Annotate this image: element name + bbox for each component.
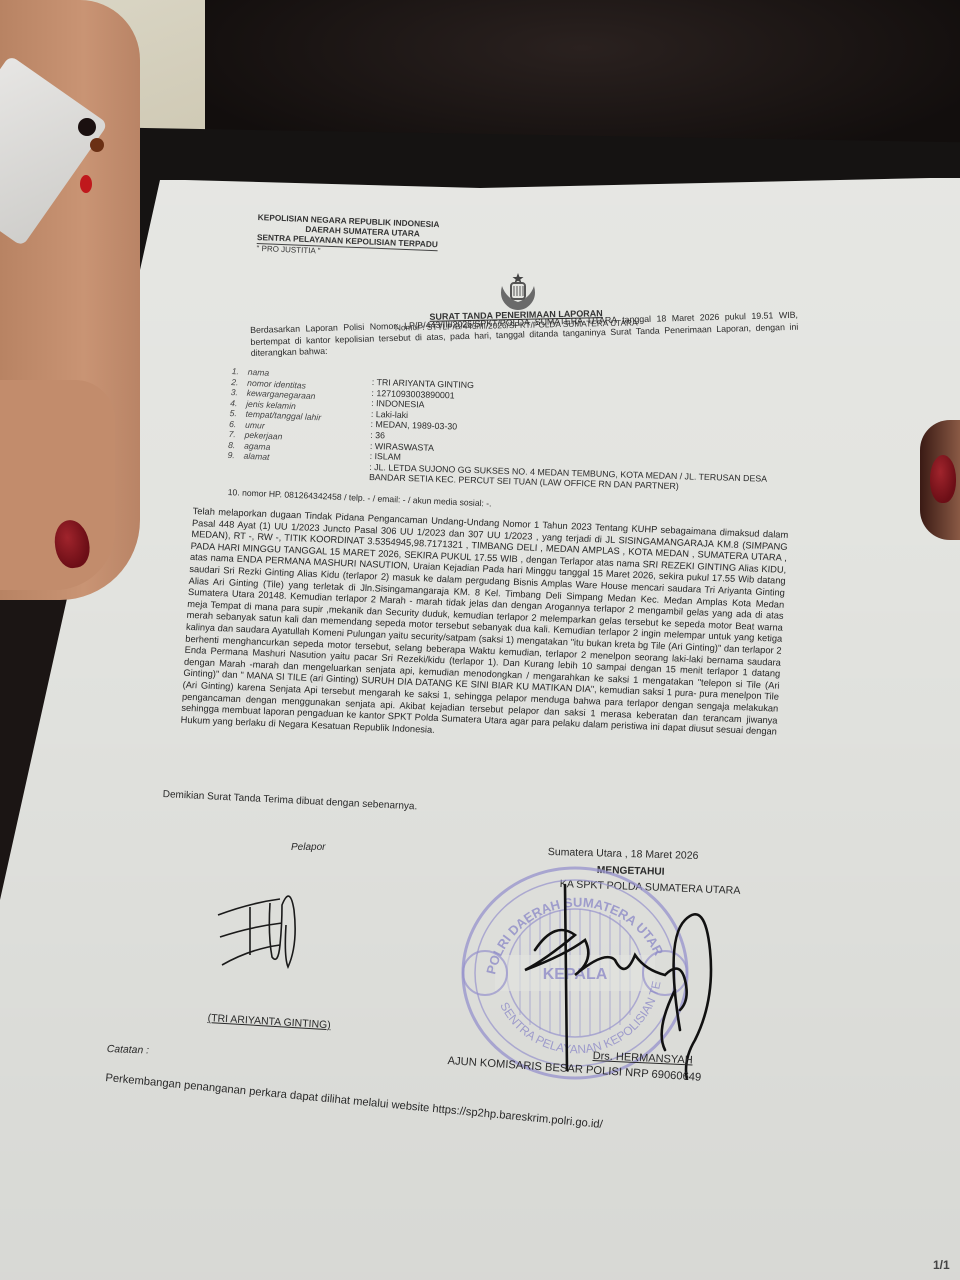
reporter-field-values: : TRI ARIYANTA GINTING: 1271093003890001… [369, 377, 792, 495]
field-number: 7. [228, 429, 244, 440]
field-number: 3. [230, 387, 246, 398]
reporter-signature [210, 885, 320, 985]
field-label: nama [247, 367, 269, 378]
field-number: 8. [228, 439, 244, 450]
official-signature [505, 880, 735, 1080]
bracelet-bead [78, 118, 96, 136]
reporter-label: Pelapor [291, 842, 325, 853]
field-number: 2. [231, 376, 247, 387]
reporter-field-labels: 1.nama2.nomor identitas3.kewarganegaraan… [227, 366, 351, 466]
page-number: 1/1 [933, 1258, 950, 1272]
report-body-text: Telah melaporkan dugaan Tindak Pidana Pe… [180, 506, 788, 750]
field-label: alamat [243, 451, 269, 462]
left-thumb [0, 380, 115, 590]
note-label: Catatan : [107, 1044, 150, 1056]
field-label: agama [244, 440, 271, 451]
police-emblem-icon [496, 272, 540, 312]
letterhead: KEPOLISIAN NEGARA REPUBLIK INDONESIA DAE… [256, 212, 439, 261]
field-number: 4. [230, 397, 246, 408]
bracelet-bead [80, 175, 92, 193]
field-label: umur [245, 419, 265, 430]
report-body: Telah melaporkan dugaan Tindak Pidana Pe… [180, 506, 788, 750]
right-fingernail [930, 455, 956, 503]
field-number: 5. [229, 408, 245, 419]
field-number: 6. [229, 418, 245, 429]
field-number: 1. [231, 366, 247, 377]
field-number: 9. [227, 450, 243, 461]
bracelet-bead [90, 138, 104, 152]
